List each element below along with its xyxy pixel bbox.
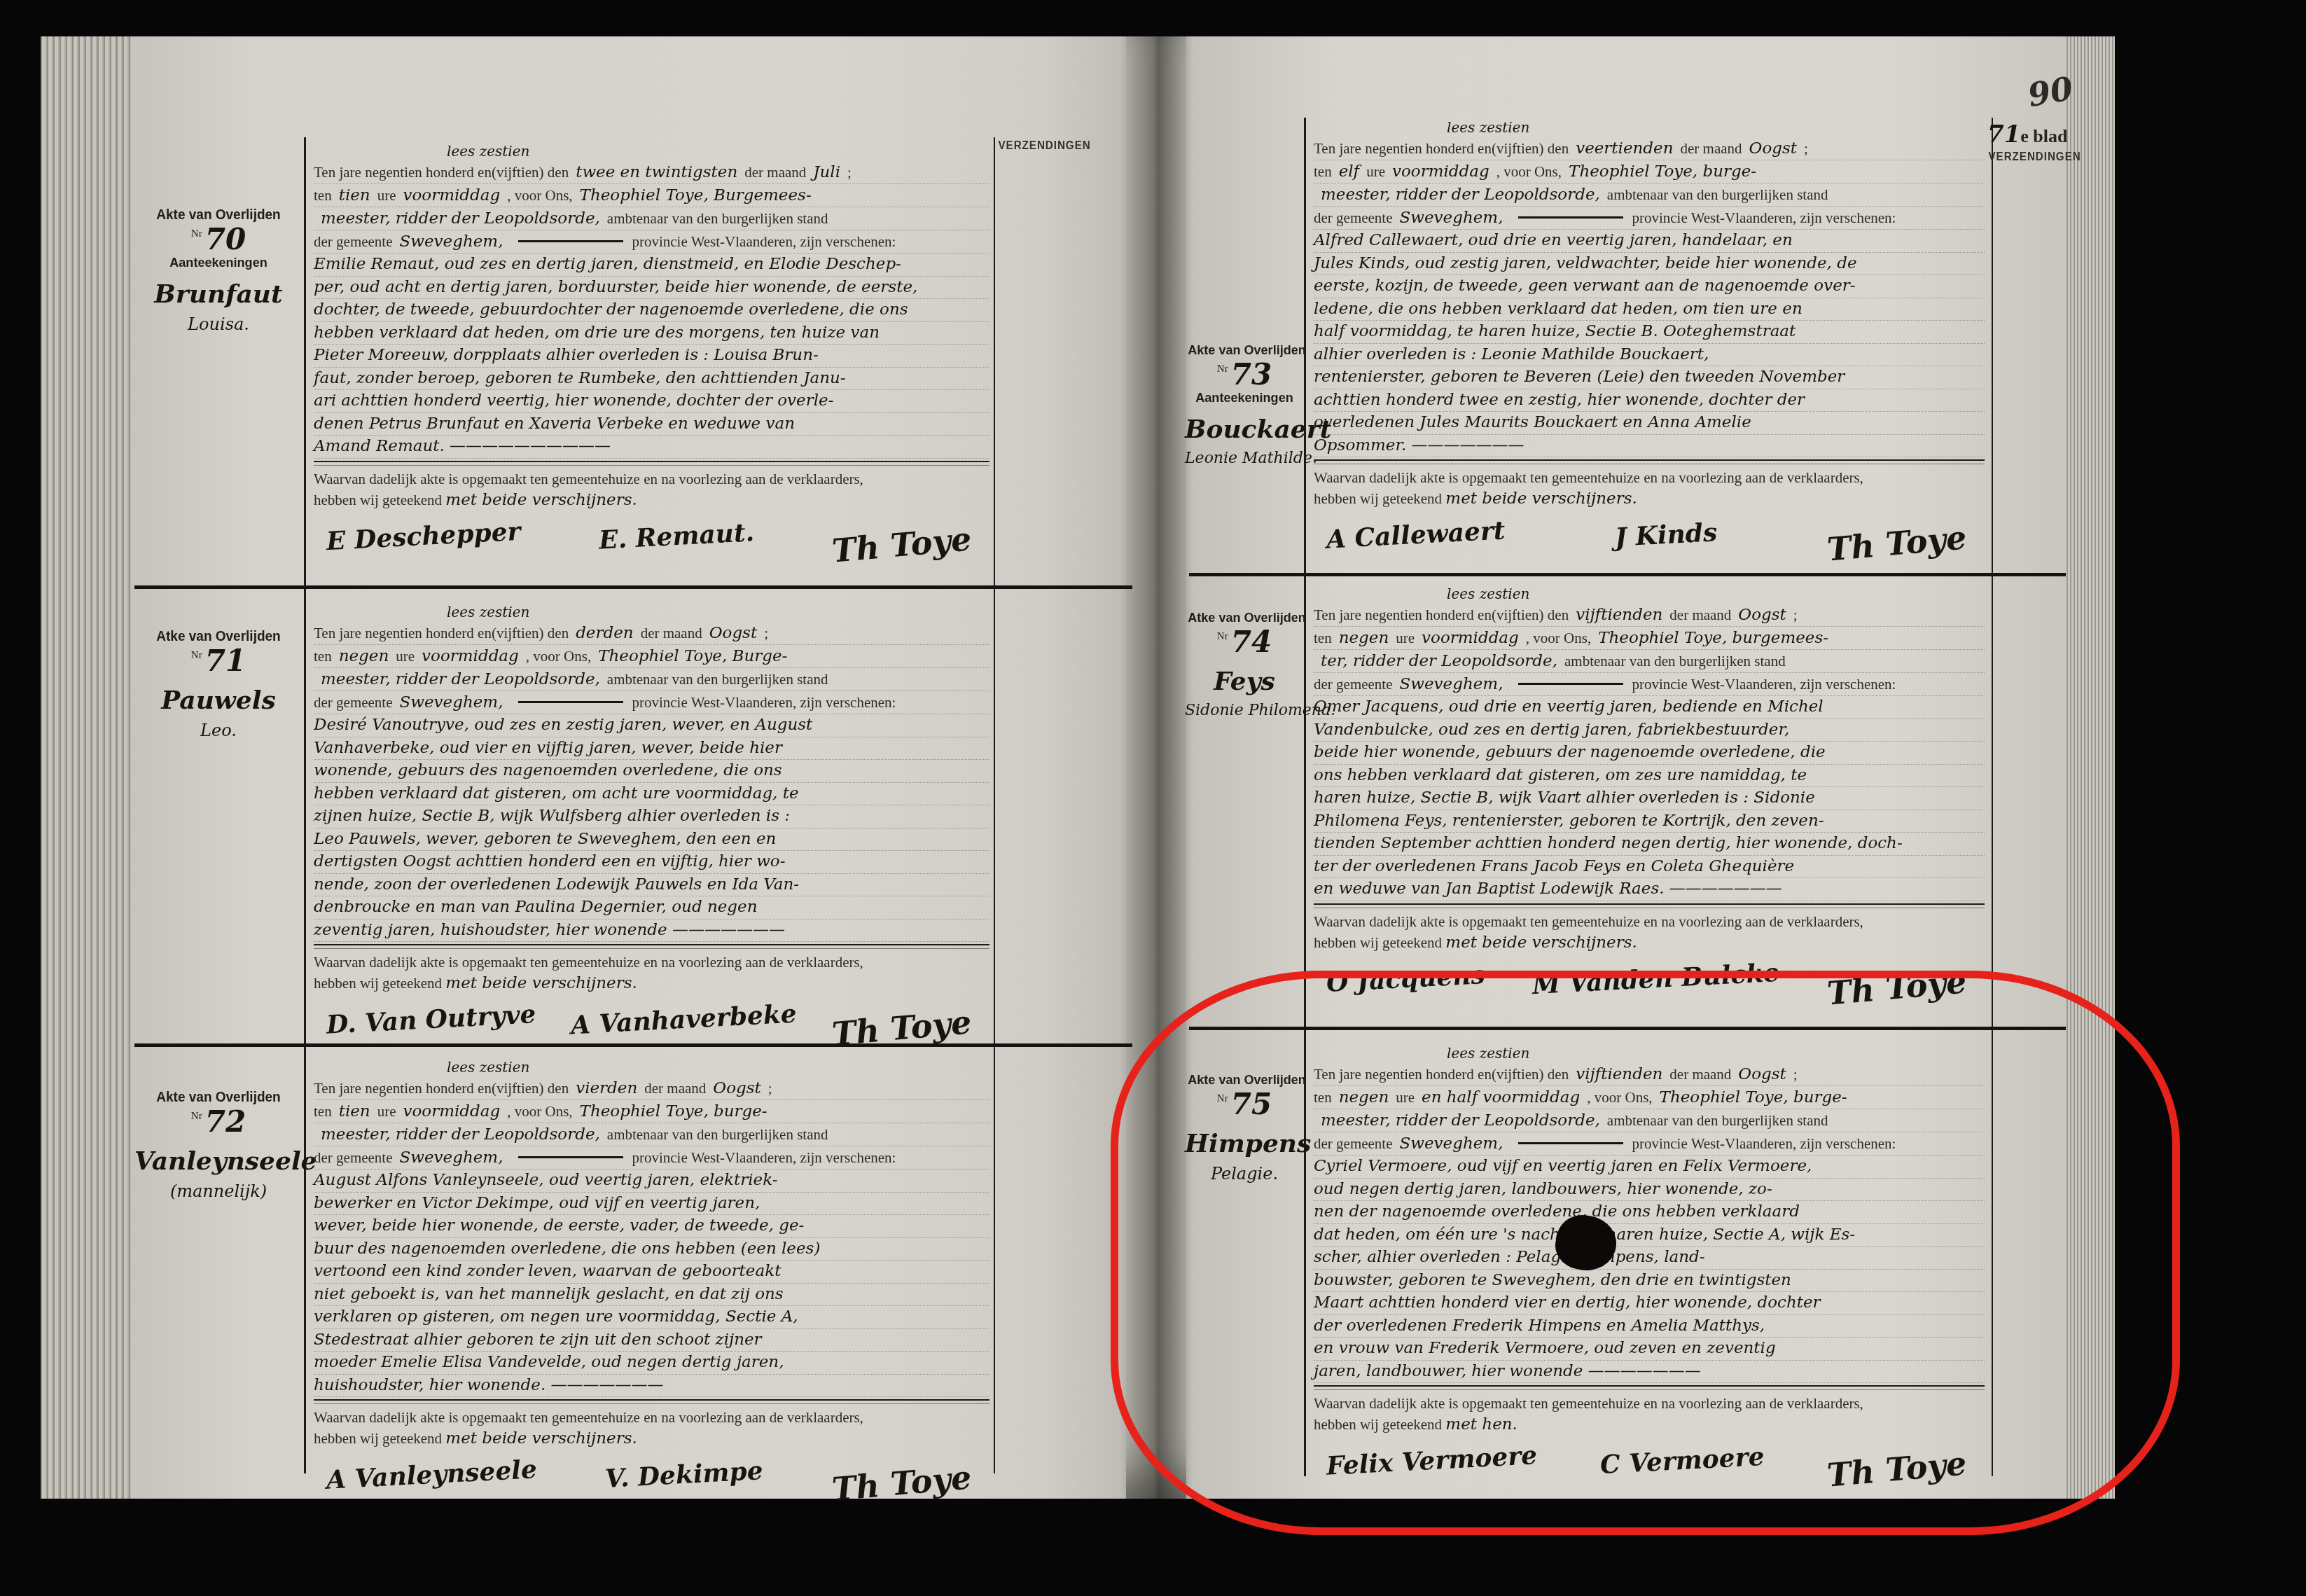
filler-line — [518, 701, 623, 703]
form-line-gemeente: der gemeenteSweveghem,provincie West-Vla… — [1314, 207, 1985, 230]
signatures-row: E Deschepper E. Remaut. Th Toye — [314, 511, 989, 581]
act-text: Omer Jacquens, oud drie en veertig jaren… — [1314, 696, 1985, 901]
act-text-line: overledenen Jules Maurits Bouckaert en A… — [1314, 412, 1985, 435]
handwritten-month: Juli — [813, 163, 840, 181]
form-line-time: tentienurevoormiddag, voor Ons,Theophiel… — [314, 184, 989, 207]
signature-declarant-2: V. Dekimpe — [605, 1456, 765, 1494]
scanned-register-photo: VERZENDINGEN VERZENDINGEN 71e blad 90 Ak… — [0, 0, 2306, 1596]
signature-officer: Th Toye — [831, 520, 973, 569]
act-73-margin: Akte van Overlijden Nr 73 Aanteekeningen… — [1185, 343, 1304, 467]
closing-printed-1: Waarvan dadelijk akte is opgemaakt ten g… — [1314, 467, 1985, 488]
filler-line — [518, 240, 623, 242]
printed-text: ten — [1314, 630, 1332, 646]
act-72-margin: Akte van Overlijden Nr 72 Vanleynseele (… — [134, 1090, 303, 1201]
printed-text: der maand — [644, 1080, 706, 1097]
act-text-line: achttien honderd twee en zestig, hier wo… — [1314, 389, 1985, 412]
act-text-line: buur des nagenoemden overledene, die ons… — [314, 1238, 989, 1261]
act-text-line: tienden September achttien honderd negen… — [1314, 833, 1985, 856]
handwritten-month: Oogst — [709, 624, 757, 642]
handwritten-day: vierden — [576, 1079, 637, 1097]
signature-officer: Th Toye — [831, 1003, 973, 1053]
deceased-given-name: Louisa. — [134, 314, 303, 334]
act-number-row: Nr 73 — [1185, 359, 1304, 391]
blad-label: e blad — [2020, 126, 2067, 146]
act-text-line: Desiré Vanoutryve, oud zes en zestig jar… — [314, 714, 989, 737]
nr-label: Nr — [1217, 363, 1228, 375]
handwritten-gemeente: Sweveghem, — [400, 1149, 503, 1167]
act-text-line: Omer Jacquens, oud drie en veertig jaren… — [1314, 696, 1985, 719]
act-text: Alfred Callewaert, oud drie en veertig j… — [1314, 230, 1985, 457]
act-text-line: Opsommer. ——————— — [1314, 435, 1985, 458]
deceased-surname: Vanleynseele — [134, 1146, 303, 1176]
act-number: 72 — [205, 1104, 246, 1139]
printed-text: ure — [1396, 630, 1415, 646]
printed-text: ten — [1314, 163, 1332, 180]
lees-zestien-note: lees zestien — [314, 143, 989, 161]
handwritten-day: veertienden — [1576, 139, 1673, 158]
printed-text: ure — [1366, 163, 1385, 180]
act-73-body: lees zestien Ten jare negentien honderd … — [1314, 119, 1985, 579]
handwritten-closing: met beide verschijners. — [445, 1429, 637, 1448]
verzendingen-label-left: VERZENDINGEN — [998, 140, 1090, 153]
deceased-surname: Pauwels — [134, 686, 303, 715]
handwritten-gemeente: Sweveghem, — [1400, 675, 1503, 693]
form-line-gemeente: der gemeenteSweveghem,provincie West-Vla… — [314, 691, 989, 714]
form-line-time: tennegenurevoormiddag, voor Ons,Theophie… — [314, 645, 989, 668]
act-number-row: Nr 70 — [134, 223, 303, 256]
act-header-label: Akte van Overlijden — [139, 207, 298, 223]
form-line-date: Ten jare negentien honderd en(vijftien) … — [314, 161, 989, 184]
act-text-line: zijnen huize, Sectie B, wijk Wulfsberg a… — [314, 805, 989, 828]
handwritten-officer: Theophiel Toye, burge- — [580, 1102, 767, 1120]
separator-act70-71 — [134, 585, 1132, 589]
act-text-line: half voormiddag, te haren huize, Sectie … — [1314, 321, 1985, 344]
act-text-line: hebben verklaard dat gisteren, om acht u… — [314, 783, 989, 806]
form-line-gemeente: der gemeenteSweveghem,provincie West-Vla… — [314, 1146, 989, 1170]
act-text-line: Vandenbulcke, oud zes en dertig jaren, f… — [1314, 719, 1985, 742]
act-text-line: per, oud acht en dertig jaren, borduurst… — [314, 277, 989, 300]
form-line-officer: meester, ridder der Leopoldsorde,ambtena… — [314, 207, 989, 230]
printed-text: ambtenaar van den burgerlijken stand — [607, 210, 828, 227]
printed-text: der maand — [1669, 606, 1731, 623]
act-text-line: Pieter Moreeuw, dorpplaats alhier overle… — [314, 345, 989, 368]
handwritten-officer-cont: meester, ridder der Leopoldsorde, — [321, 1125, 600, 1144]
printed-text: Ten jare negentien honderd en(vijftien) … — [314, 625, 569, 641]
printed-text: ambtenaar van den burgerlijken stand — [1607, 186, 1828, 203]
printed-text: ten — [314, 187, 332, 204]
form-line-officer: ter, ridder der Leopoldsorde,ambtenaar v… — [1314, 650, 1985, 673]
act-number: 71 — [205, 644, 246, 678]
form-line-officer: meester, ridder der Leopoldsorde,ambtena… — [314, 1123, 989, 1146]
act-71-margin: Atke van Overlijden Nr 71 Pauwels Leo. — [134, 629, 303, 740]
signature-declarant-1: E Deschepper — [326, 516, 521, 555]
act-text-line: Philomena Feys, rentenierster, geboren t… — [1314, 810, 1985, 833]
printed-text: der gemeente — [314, 233, 393, 250]
act-text-line: Alfred Callewaert, oud drie en veertig j… — [1314, 230, 1985, 253]
signature-officer: Th Toye — [1826, 518, 1968, 568]
act-text-line: ons hebben verklaard dat gisteren, om ze… — [1314, 765, 1985, 788]
act-text-line: haren huize, Sectie B, wijk Vaart alhier… — [1314, 787, 1985, 810]
handwritten-closing: met beide verschijners. — [445, 974, 637, 992]
handwritten-period: voormiddag — [403, 186, 501, 204]
form-line-date: Ten jare negentien honderd en(vijftien) … — [1314, 137, 1985, 160]
printed-text: ; — [847, 164, 852, 181]
act-text-line: Leo Pauwels, wever, geboren te Sweveghem… — [314, 828, 989, 852]
printed-text: , voor Ons, — [507, 187, 572, 204]
form-line-gemeente: der gemeenteSweveghem,provincie West-Vla… — [1314, 673, 1985, 696]
act-number-row: Nr 72 — [134, 1106, 303, 1138]
printed-text: ; — [1804, 140, 1808, 157]
act-text-line: wever, beide hier wonende, de eerste, va… — [314, 1215, 989, 1238]
signatures-row: A Callewaert J Kinds Th Toye — [1314, 509, 1985, 579]
closing-printed-2: hebben wij geteekend met beide verschijn… — [314, 973, 989, 994]
handwritten-day: twee en twintigsten — [576, 163, 737, 181]
printed-text: , voor Ons, — [1526, 630, 1591, 646]
handwritten-hour: tien — [339, 1102, 370, 1120]
left-margin-rule — [304, 137, 306, 1473]
act-71-body: lees zestien Ten jare negentien honderd … — [314, 604, 989, 1064]
act-header-label: Atke van Overlijden — [1188, 611, 1301, 626]
closing-printed-1: Waarvan dadelijk akte is opgemaakt ten g… — [314, 469, 989, 490]
signatures-row: D. Van Outryve A Vanhaverbeke Th Toye — [314, 994, 989, 1064]
printed-text: Ten jare negentien honderd en(vijftien) … — [314, 1080, 569, 1097]
act-text-line: nende, zoon der overledenen Lodewijk Pau… — [314, 874, 989, 897]
act-text-line: vertoond een kind zonder leven, waarvan … — [314, 1261, 989, 1284]
act-header-label: Akte van Overlijden — [1188, 343, 1301, 359]
printed-text: provincie West-Vlaanderen, zijn verschen… — [632, 1149, 896, 1166]
handwritten-period: voormiddag — [1422, 629, 1519, 647]
closing-printed-2: hebben wij geteekend met beide verschijn… — [1314, 488, 1985, 509]
printed-text: der gemeente — [314, 694, 393, 711]
form-line-date: Ten jare negentien honderd en(vijftien) … — [1314, 604, 1985, 627]
printed-text: der gemeente — [1314, 676, 1393, 693]
lees-zestien-note: lees zestien — [1314, 585, 1985, 604]
printed-text: ure — [377, 1103, 396, 1120]
printed-text: der maand — [641, 625, 702, 641]
act-text-line: en weduwe van Jan Baptist Lodewijk Raes.… — [1314, 878, 1985, 901]
handwritten-month: Oogst — [1738, 606, 1786, 624]
act-number: 73 — [1231, 357, 1272, 391]
handwritten-day: vijftienden — [1576, 606, 1662, 624]
closing-printed-2: hebben wij geteekend met beide verschijn… — [1314, 932, 1985, 953]
printed-text: provincie West-Vlaanderen, zijn verschen… — [632, 694, 896, 711]
act-text-line: ledene, die ons hebben verklaard dat hed… — [1314, 298, 1985, 321]
closing-block: Waarvan dadelijk akte is opgemaakt ten g… — [314, 1407, 989, 1449]
lees-zestien-note: lees zestien — [1314, 119, 1985, 137]
aanteekeningen-label: Aanteekeningen — [1188, 391, 1301, 406]
deceased-given-name: Sidonie Philomena. — [1185, 702, 1304, 719]
signature-officer: Th Toye — [831, 1458, 973, 1508]
act-text-line: niet geboekt is, van het mannelijk gesla… — [314, 1284, 989, 1307]
printed-text: Ten jare negentien honderd en(vijftien) … — [1314, 606, 1569, 623]
printed-text: ten — [314, 648, 332, 665]
nr-label: Nr — [191, 228, 202, 240]
handwritten-period: voormiddag — [422, 647, 519, 665]
handwritten-officer: Theophiel Toye, burge- — [1569, 162, 1756, 181]
printed-text: ; — [1793, 606, 1798, 623]
nr-label: Nr — [1217, 631, 1228, 642]
handwritten-officer-cont: ter, ridder der Leopoldsorde, — [1321, 652, 1557, 670]
printed-text: der maand — [1681, 140, 1742, 157]
closing-printed-1: Waarvan dadelijk akte is opgemaakt ten g… — [314, 952, 989, 973]
handwritten-period: voormiddag — [403, 1102, 501, 1120]
handwritten-officer: Theophiel Toye, Burge- — [598, 647, 787, 665]
form-line-officer: meester, ridder der Leopoldsorde,ambtena… — [1314, 183, 1985, 207]
page-edges-left — [41, 36, 133, 1499]
closing-divider — [1314, 903, 1985, 908]
red-highlight-annotation — [1111, 971, 2180, 1535]
act-text-line: wonende, gebuurs des nagenoemden overled… — [314, 760, 989, 783]
handwritten-hour: negen — [339, 647, 389, 665]
closing-divider — [314, 1399, 989, 1404]
lees-zestien-note: lees zestien — [314, 1059, 989, 1077]
act-text-line: beide hier wonende, gebuurs der nagenoem… — [1314, 742, 1985, 765]
blad-number: 71e blad — [1987, 120, 2068, 148]
act-text-line: faut, zonder beroep, geboren te Rumbeke,… — [314, 368, 989, 391]
handwritten-closing: met beide verschijners. — [1445, 934, 1637, 952]
act-text-line: hebben verklaard dat heden, om drie ure … — [314, 322, 989, 345]
act-text-line: alhier overleden is : Leonie Mathilde Bo… — [1314, 344, 1985, 367]
handwritten-officer-cont: meester, ridder der Leopoldsorde, — [321, 209, 600, 228]
act-text-line: rentenierster, geboren te Beveren (Leie)… — [1314, 366, 1985, 389]
printed-text: hebben wij geteekend — [1314, 490, 1442, 507]
printed-text: hebben wij geteekend — [314, 492, 442, 508]
handwritten-gemeente: Sweveghem, — [400, 693, 503, 712]
handwritten-officer: Theophiel Toye, Burgemees- — [580, 186, 812, 204]
handwritten-hour: tien — [339, 186, 370, 204]
aanteekeningen-label: Aanteekeningen — [139, 256, 298, 271]
act-text-line: Stedestraat alhier geboren te zijn uit d… — [314, 1329, 989, 1352]
closing-divider — [1314, 459, 1985, 464]
printed-text: hebben wij geteekend — [314, 975, 442, 992]
printed-text: der gemeente — [314, 1149, 393, 1166]
printed-text: der gemeente — [1314, 209, 1393, 226]
handwritten-officer-cont: meester, ridder der Leopoldsorde, — [321, 670, 600, 688]
printed-text: Ten jare negentien honderd en(vijftien) … — [1314, 140, 1569, 157]
printed-text: ambtenaar van den burgerlijken stand — [607, 1126, 828, 1143]
handwritten-officer: Theophiel Toye, burgemees- — [1598, 629, 1828, 647]
printed-text: hebben wij geteekend — [314, 1430, 442, 1447]
signature-declarant-1: A Callewaert — [1326, 515, 1506, 554]
handwritten-closing: met beide verschijners. — [1445, 490, 1637, 508]
blad-number-handwritten: 71 — [1987, 120, 2020, 148]
printed-text: ure — [396, 648, 415, 665]
deceased-given-name: (mannelijk) — [134, 1181, 303, 1201]
form-line-date: Ten jare negentien honderd en(vijftien) … — [314, 1077, 989, 1100]
signature-declarant-2: J Kinds — [1614, 518, 1718, 553]
handwritten-officer-cont: meester, ridder der Leopoldsorde, — [1321, 186, 1600, 204]
form-line-time: tennegenurevoormiddag, voor Ons,Theophie… — [1314, 627, 1985, 650]
form-line-officer: meester, ridder der Leopoldsorde,ambtena… — [314, 668, 989, 691]
act-text-line: ari achttien honderd veertig, hier wonen… — [314, 390, 989, 413]
printed-text: , voor Ons, — [1496, 163, 1562, 180]
deceased-surname: Brunfaut — [134, 279, 303, 309]
act-74-body: lees zestien Ten jare negentien honderd … — [1314, 585, 1985, 1023]
act-text: Emilie Remaut, oud zes en dertig jaren, … — [314, 254, 989, 459]
act-text-line: moeder Emelie Elisa Vandevelde, oud nege… — [314, 1352, 989, 1375]
nr-label: Nr — [191, 650, 202, 661]
form-line-time: tenelfurevoormiddag, voor Ons,Theophiel … — [1314, 160, 1985, 183]
filler-line — [1518, 683, 1623, 685]
act-text-line: denbroucke en man van Paulina Degernier,… — [314, 896, 989, 920]
filler-line — [1518, 216, 1623, 218]
act-text-line: ter der overledenen Frans Jacob Feys en … — [1314, 856, 1985, 879]
act-header-label: Atke van Overlijden — [139, 629, 298, 645]
handwritten-hour: elf — [1339, 162, 1359, 181]
handwritten-period: voormiddag — [1392, 162, 1489, 181]
act-text-line: zeventig jaren, huishoudster, hier wonen… — [314, 920, 989, 943]
lees-zestien-note: lees zestien — [314, 604, 989, 622]
act-text-line: bewerker en Victor Dekimpe, oud vijf en … — [314, 1193, 989, 1216]
closing-divider — [314, 944, 989, 949]
act-70-margin: Akte van Overlijden Nr 70 Aanteekeningen… — [134, 207, 303, 334]
page-number-handwritten: 90 — [2025, 69, 2076, 114]
act-text-line: dertigsten Oogst achttien honderd een en… — [314, 851, 989, 874]
act-text-line: huishoudster, hier wonende. ——————— — [314, 1375, 989, 1398]
printed-text: , voor Ons, — [507, 1103, 572, 1120]
form-line-gemeente: der gemeenteSweveghem,provincie West-Vla… — [314, 230, 989, 254]
handwritten-hour: negen — [1339, 629, 1389, 647]
handwritten-gemeente: Sweveghem, — [400, 233, 503, 251]
filler-line — [518, 1156, 623, 1158]
deceased-given-name: Leo. — [134, 721, 303, 740]
form-line-date: Ten jare negentien honderd en(vijftien) … — [314, 622, 989, 645]
act-70-body: lees zestien Ten jare negentien honderd … — [314, 143, 989, 581]
printed-text: ure — [377, 187, 396, 204]
printed-text: ambtenaar van den burgerlijken stand — [607, 671, 828, 688]
act-text-line: denen Petrus Brunfaut en Xaveria Verbeke… — [314, 413, 989, 436]
act-number-row: Nr 71 — [134, 645, 303, 677]
act-text-line: dochter, de tweede, gebuurdochter der na… — [314, 299, 989, 322]
printed-text: ; — [764, 625, 768, 641]
closing-printed-2: hebben wij geteekend met beide verschijn… — [314, 1428, 989, 1449]
act-text: August Alfons Vanleynseele, oud veertig … — [314, 1170, 989, 1397]
act-text: Desiré Vanoutryve, oud zes en zestig jar… — [314, 714, 989, 942]
deceased-surname: Bouckaert — [1185, 415, 1304, 444]
handwritten-gemeente: Sweveghem, — [1400, 209, 1503, 227]
handwritten-day: derden — [576, 624, 633, 642]
closing-printed-1: Waarvan dadelijk akte is opgemaakt ten g… — [314, 1407, 989, 1428]
act-72-body: lees zestien Ten jare negentien honderd … — [314, 1059, 989, 1519]
printed-text: provincie West-Vlaanderen, zijn verschen… — [632, 233, 896, 250]
printed-text: hebben wij geteekend — [1314, 934, 1442, 951]
handwritten-month: Oogst — [713, 1079, 760, 1097]
act-text-line: Emilie Remaut, oud zes en dertig jaren, … — [314, 254, 989, 277]
printed-text: provincie West-Vlaanderen, zijn verschen… — [1632, 676, 1896, 693]
verzendingen-label-right: VERZENDINGEN — [1988, 151, 2081, 164]
act-number: 70 — [205, 222, 246, 256]
closing-block: Waarvan dadelijk akte is opgemaakt ten g… — [1314, 911, 1985, 953]
closing-block: Waarvan dadelijk akte is opgemaakt ten g… — [314, 469, 989, 511]
printed-text: provincie West-Vlaanderen, zijn verschen… — [1632, 209, 1896, 226]
closing-printed-1: Waarvan dadelijk akte is opgemaakt ten g… — [1314, 911, 1985, 932]
signature-declarant-2: A Vanhaverbeke — [570, 999, 798, 1041]
printed-text: ten — [314, 1103, 332, 1120]
act-74-margin: Atke van Overlijden Nr 74 Feys Sidonie P… — [1185, 611, 1304, 719]
handwritten-month: Oogst — [1749, 139, 1797, 158]
act-number: 74 — [1231, 625, 1272, 659]
closing-block: Waarvan dadelijk akte is opgemaakt ten g… — [314, 952, 989, 994]
printed-text: der maand — [744, 164, 806, 181]
signature-declarant-1: D. Van Outryve — [326, 999, 536, 1040]
printed-text: Ten jare negentien honderd en(vijftien) … — [314, 164, 569, 181]
deceased-surname: Feys — [1185, 667, 1304, 696]
signatures-row: A Vanleynseele V. Dekimpe Th Toye — [314, 1449, 989, 1519]
act-text-line: August Alfons Vanleynseele, oud veertig … — [314, 1170, 989, 1193]
printed-text: ; — [768, 1080, 772, 1097]
closing-block: Waarvan dadelijk akte is opgemaakt ten g… — [1314, 467, 1985, 509]
act-text-line: verklaren op gisteren, om negen ure voor… — [314, 1306, 989, 1329]
closing-divider — [314, 461, 989, 466]
act-number-row: Nr 74 — [1185, 626, 1304, 658]
form-line-time: tentienurevoormiddag, voor Ons,Theophiel… — [314, 1100, 989, 1123]
printed-text: ambtenaar van den burgerlijken stand — [1564, 653, 1786, 669]
closing-printed-2: hebben wij geteekend met beide verschijn… — [314, 490, 989, 511]
deceased-given-name: Leonie Mathilde. — [1185, 450, 1304, 467]
signature-declarant-2: E. Remaut. — [598, 518, 755, 555]
printed-text: , voor Ons, — [526, 648, 591, 665]
left-verzendingen-rule — [994, 137, 995, 1473]
nr-label: Nr — [191, 1111, 202, 1122]
act-text-line: Jules Kinds, oud zestig jaren, veldwacht… — [1314, 253, 1985, 276]
handwritten-closing: met beide verschijners. — [445, 491, 637, 509]
act-text-line: eerste, kozijn, de tweede, geen verwant … — [1314, 275, 1985, 298]
act-text-line: Amand Remaut. —————————— — [314, 436, 989, 459]
signature-declarant-1: A Vanleynseele — [326, 1455, 538, 1495]
act-text-line: Vanhaverbeke, oud vier en vijftig jaren,… — [314, 737, 989, 761]
act-header-label: Akte van Overlijden — [139, 1090, 298, 1106]
